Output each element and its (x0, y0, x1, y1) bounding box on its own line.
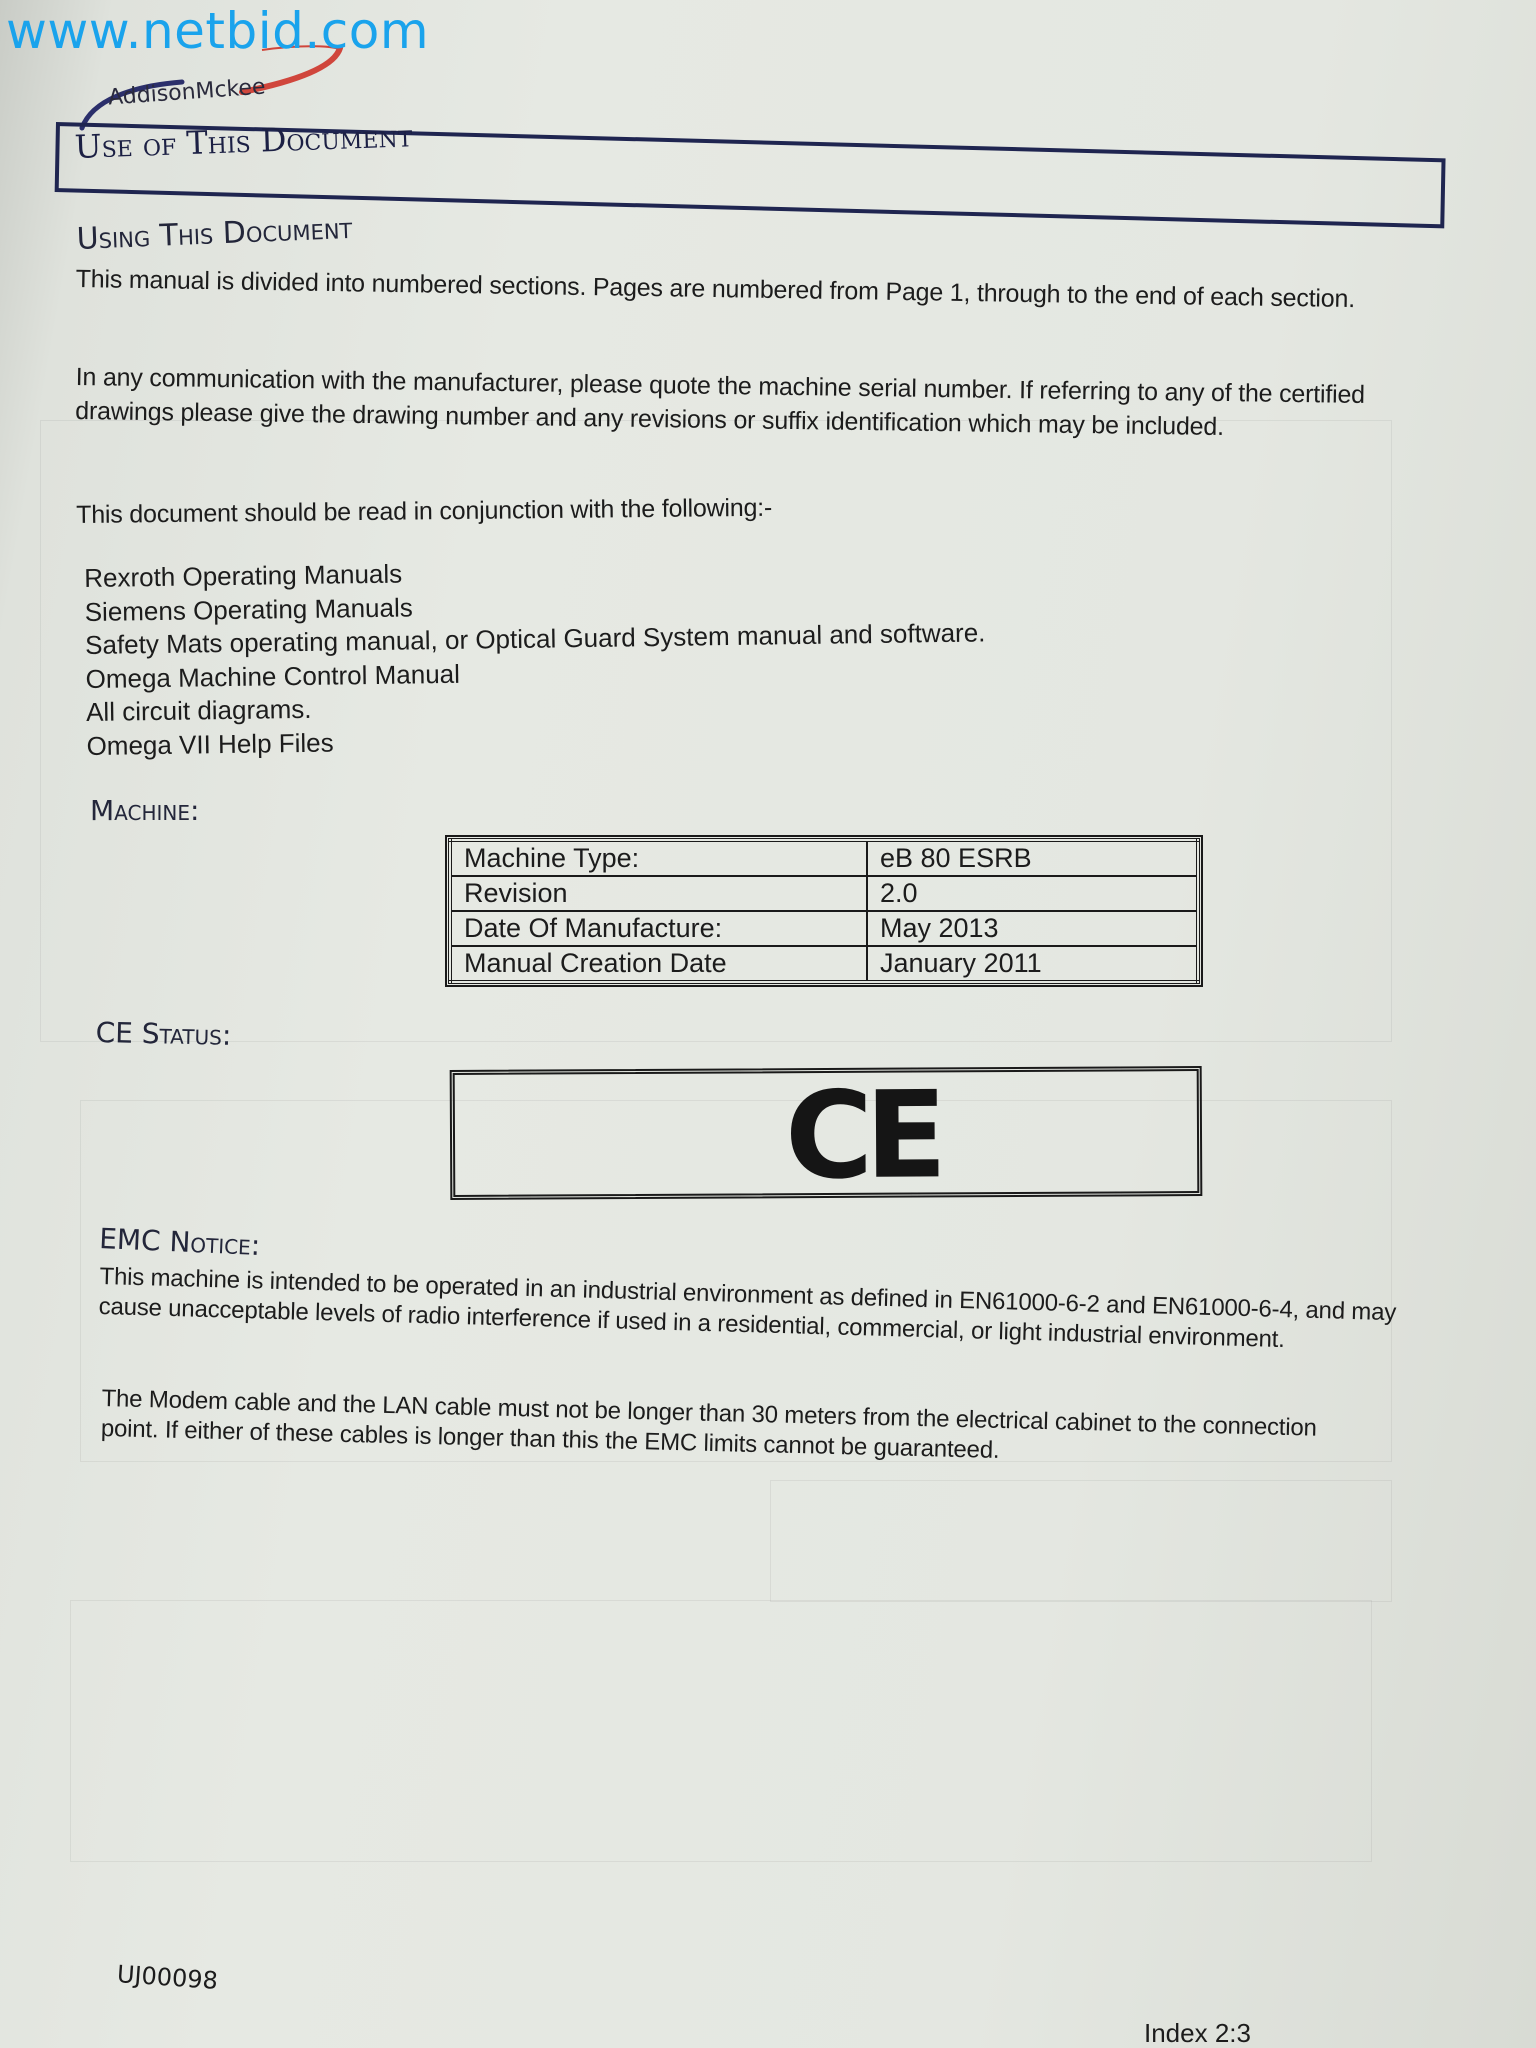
section-heading-machine: Machine: (90, 794, 199, 827)
document-code: UJ00098 (116, 1960, 219, 1995)
paragraph-sections: This manual is divided into numbered sec… (75, 262, 1425, 317)
section-heading-using: Using This Document (76, 211, 353, 257)
ce-mark-box: CE (450, 1066, 1203, 1200)
bleed-through-table (70, 1600, 1372, 1862)
table-cell-value: eB 80 ESRB (867, 840, 1198, 876)
table-cell-label: Date Of Manufacture: (450, 911, 867, 946)
document-page: www.netbid.com AddisonMckee Use of This … (0, 0, 1536, 2048)
bleed-through-table (770, 1480, 1392, 1602)
table-row: Date Of Manufacture: May 2013 (450, 911, 1198, 946)
section-heading-ce-status: CE Status: (95, 1016, 231, 1052)
watermark-url: www.netbid.com (6, 2, 429, 60)
table-cell-value: January 2011 (867, 946, 1198, 982)
table-cell-label: Manual Creation Date (450, 946, 867, 982)
section-heading-emc-notice: EMC Notice: (99, 1222, 261, 1262)
page-index: Index 2:3 (1144, 2018, 1251, 2048)
table-row: Machine Type: eB 80 ESRB (450, 840, 1198, 876)
reference-manual-list: Rexroth Operating Manuals Siemens Operat… (84, 549, 987, 763)
table-cell-label: Machine Type: (450, 840, 867, 876)
table-cell-value: 2.0 (867, 876, 1198, 911)
table-row: Manual Creation Date January 2011 (450, 946, 1198, 982)
table-cell-value: May 2013 (867, 911, 1198, 946)
table-row: Revision 2.0 (450, 876, 1198, 911)
table-cell-label: Revision (450, 876, 867, 911)
ce-mark-icon: CE (785, 1076, 940, 1197)
machine-info-table: Machine Type: eB 80 ESRB Revision 2.0 Da… (448, 838, 1200, 984)
